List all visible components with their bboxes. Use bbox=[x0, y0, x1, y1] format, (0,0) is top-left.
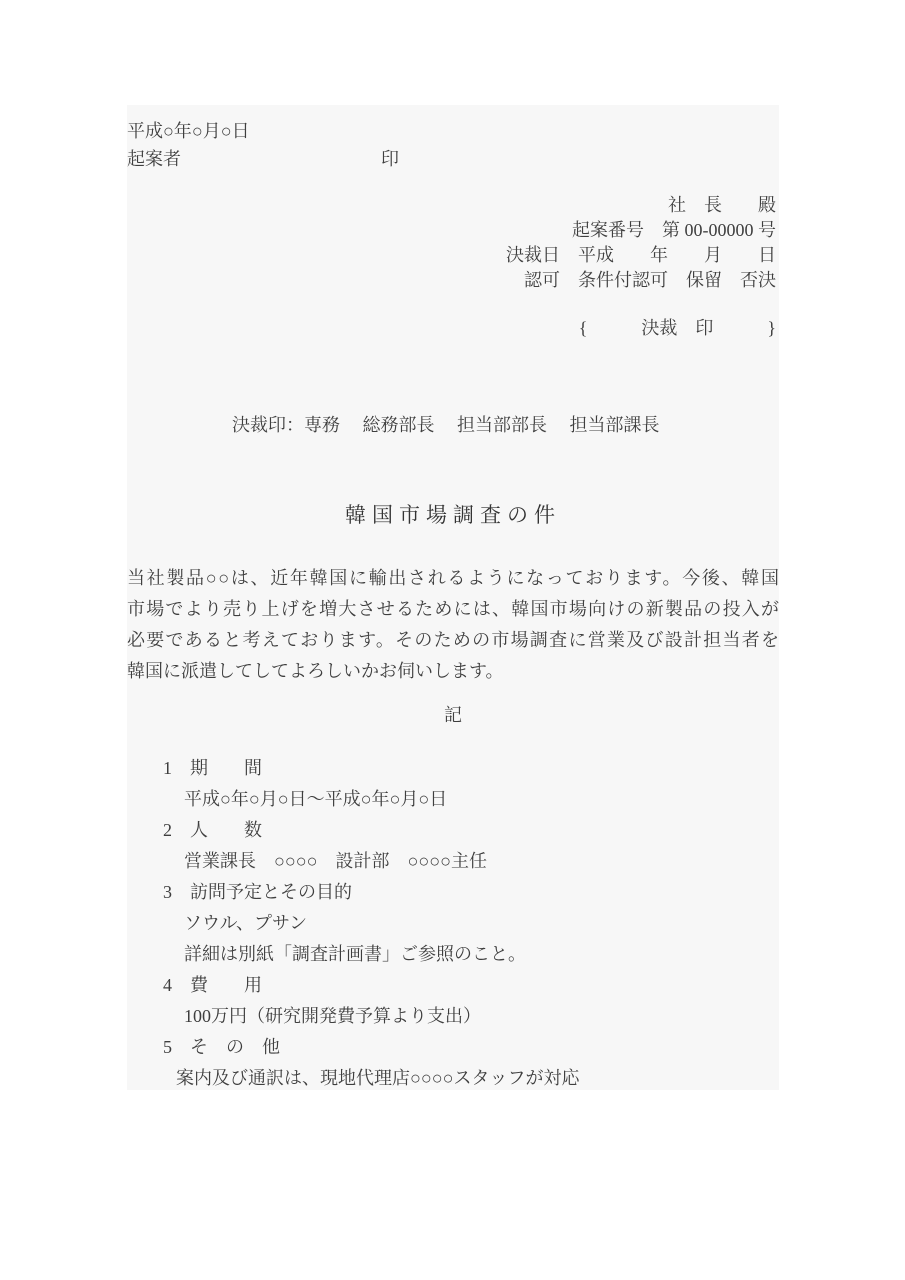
list-item-detail: 詳細は別紙「調査計画書」ご参照のこと。 bbox=[127, 939, 779, 970]
drafter-seal-label: 印 bbox=[381, 145, 399, 173]
document-title: 韓国市場調査の件 bbox=[127, 500, 779, 531]
seal-chain-row: 決裁印：専務 総務部長 担当部部長 担当部課長 bbox=[127, 413, 779, 438]
body-line: 必要であると考えております。そのための市場調査に営業及び設計担当者を bbox=[127, 625, 779, 656]
addressee: 社 長 殿 bbox=[127, 193, 776, 218]
list-item-detail: 案内及び通訳は、現地代理店○○○○スタッフが対応 bbox=[127, 1063, 779, 1094]
body-line: 韓国に派遣してしてよろしいかお伺いします。 bbox=[127, 656, 779, 687]
body-line: 当社製品○○は、近年韓国に輸出されるようになっております。今後、韓国 bbox=[127, 563, 779, 594]
list-item-number: 1 期 間 bbox=[127, 753, 779, 784]
decision-options: 認可 条件付認可 保留 否決 bbox=[127, 268, 776, 293]
list-item-number: 5 そ の 他 bbox=[127, 1032, 779, 1063]
list-item-detail: 100万円（研究開発費予算より支出） bbox=[127, 1001, 779, 1032]
list-item-number: 4 費 用 bbox=[127, 970, 779, 1001]
drafter-line: 起案者印 bbox=[127, 145, 779, 173]
record-marker: 記 bbox=[127, 700, 779, 731]
itemized-list: 1 期 間 平成○年○月○日～平成○年○月○日 2 人 数 営業課長 ○○○○ … bbox=[127, 753, 779, 1094]
list-item-number: 3 訪問予定とその目的 bbox=[127, 877, 779, 908]
drafter-label: 起案者 bbox=[127, 149, 181, 169]
spacer bbox=[127, 293, 776, 316]
draft-number: 起案番号 第 00-00000 号 bbox=[127, 218, 776, 243]
list-item-detail: 営業課長 ○○○○ 設計部 ○○○○主任 bbox=[127, 846, 779, 877]
list-item-detail: ソウル、プサン bbox=[127, 908, 779, 939]
approval-header-block: 社 長 殿 起案番号 第 00-00000 号 決裁日 平成 年 月 日 認可 … bbox=[127, 193, 779, 341]
decision-date: 決裁日 平成 年 月 日 bbox=[127, 243, 776, 268]
list-item-detail: 平成○年○月○日～平成○年○月○日 bbox=[127, 784, 779, 815]
draft-date: 平成○年○月○日 bbox=[127, 117, 779, 145]
body-line: 市場でより売り上げを増大させるためには、韓国市場向けの新製品の投入が bbox=[127, 594, 779, 625]
document-header: 平成○年○月○日 起案者印 bbox=[127, 105, 779, 173]
list-item-number: 2 人 数 bbox=[127, 815, 779, 846]
body-paragraph: 当社製品○○は、近年韓国に輸出されるようになっております。今後、韓国 市場でより… bbox=[127, 563, 779, 687]
decision-seal-box: { 決裁 印 } bbox=[127, 316, 776, 341]
approval-document-page: 平成○年○月○日 起案者印 社 長 殿 起案番号 第 00-00000 号 決裁… bbox=[127, 105, 779, 1090]
